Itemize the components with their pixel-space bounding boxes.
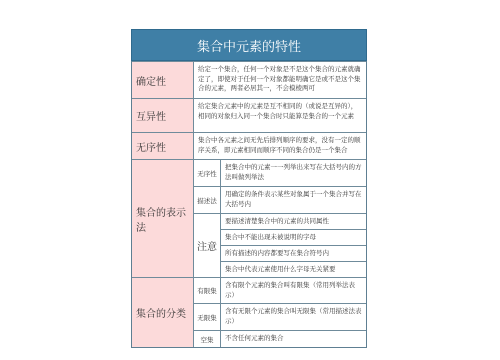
row-text: 给定集合元素中的元素是互不相同的（或说是互异的），相同的对象归入同一个集合时只能… — [194, 99, 366, 132]
type-row: 无限集 含有无限个元素的集合叫无限集（常用描述法表示） — [194, 303, 366, 330]
note-item: 集合中不能出现未被说明的字母 — [221, 229, 366, 245]
row-distinctness: 互异性 给定集合元素中的元素是互不相同的（或说是互异的），相同的对象归入同一个集… — [132, 98, 366, 132]
type-label: 无限集 — [194, 304, 221, 330]
type-text: 不含任何元素的集合 — [221, 331, 366, 347]
row-label: 集合的表示法 — [132, 160, 194, 277]
note-item: 所有描述的内容都要写在集合符号内 — [221, 245, 366, 261]
row-label: 确定性 — [132, 62, 194, 98]
classification-types: 有限集 含有限个元素的集合叫有限集（常用列举法表示） 无限集 含有无限个元素的集… — [194, 278, 366, 347]
method-label: 描述法 — [194, 187, 221, 213]
method-text: 用确定的条件表示某些对象属于一个集合并写在大括号内 — [221, 187, 366, 213]
notes-row: 注意 要描述清楚集合中的元素的共同属性 集合中不能出现未被说明的字母 所有描述的… — [194, 213, 366, 277]
table-title: 集合中元素的特性 — [131, 29, 367, 61]
row-label: 互异性 — [132, 99, 194, 132]
method-label: 无序性 — [194, 160, 221, 186]
type-text: 含有限个元素的集合叫有限集（常用列举法表示） — [221, 278, 366, 303]
row-label: 无序性 — [132, 133, 194, 159]
notes-list: 要描述清楚集合中的元素的共同属性 集合中不能出现未被说明的字母 所有描述的内容都… — [221, 214, 366, 277]
set-properties-table: 集合中元素的特性 确定性 给定一个集合，任何一个对象是不是这个集合的元素就确定了… — [131, 29, 367, 348]
type-text: 含有无限个元素的集合叫无限集（常用描述法表示） — [221, 304, 366, 330]
type-label: 有限集 — [194, 278, 221, 303]
method-row: 描述法 用确定的条件表示某些对象属于一个集合并写在大括号内 — [194, 186, 366, 213]
row-text: 给定一个集合，任何一个对象是不是这个集合的元素就确定了，即使对于任何一个对象都能… — [194, 62, 366, 98]
row-text: 集合中各元素之间无先后排列顺序的要求，没有一定的顺序关系，即元素相同而顺序不同的… — [194, 133, 366, 159]
row-unordered: 无序性 集合中各元素之间无先后排列顺序的要求，没有一定的顺序关系，即元素相同而顺… — [132, 132, 366, 159]
notes-label: 注意 — [194, 214, 221, 277]
representation-methods: 无序性 把集合中的元素一一列举出来写在大括号内的方法叫做列举法 描述法 用确定的… — [194, 160, 366, 277]
method-row: 无序性 把集合中的元素一一列举出来写在大括号内的方法叫做列举法 — [194, 160, 366, 186]
row-label: 集合的分类 — [132, 278, 194, 347]
type-label: 空集 — [194, 331, 221, 347]
note-item: 要描述清楚集合中的元素的共同属性 — [221, 214, 366, 229]
type-row: 空集 不含任何元素的集合 — [194, 330, 366, 347]
row-classification: 集合的分类 有限集 含有限个元素的集合叫有限集（常用列举法表示） 无限集 含有无… — [132, 277, 366, 347]
method-text: 把集合中的元素一一列举出来写在大括号内的方法叫做列举法 — [221, 160, 366, 186]
type-row: 有限集 含有限个元素的集合叫有限集（常用列举法表示） — [194, 278, 366, 303]
row-determinacy: 确定性 给定一个集合，任何一个对象是不是这个集合的元素就确定了，即使对于任何一个… — [132, 61, 366, 98]
note-item: 集合中代表元素使用什么字母无关紧要 — [221, 261, 366, 277]
row-representation: 集合的表示法 无序性 把集合中的元素一一列举出来写在大括号内的方法叫做列举法 描… — [132, 159, 366, 277]
